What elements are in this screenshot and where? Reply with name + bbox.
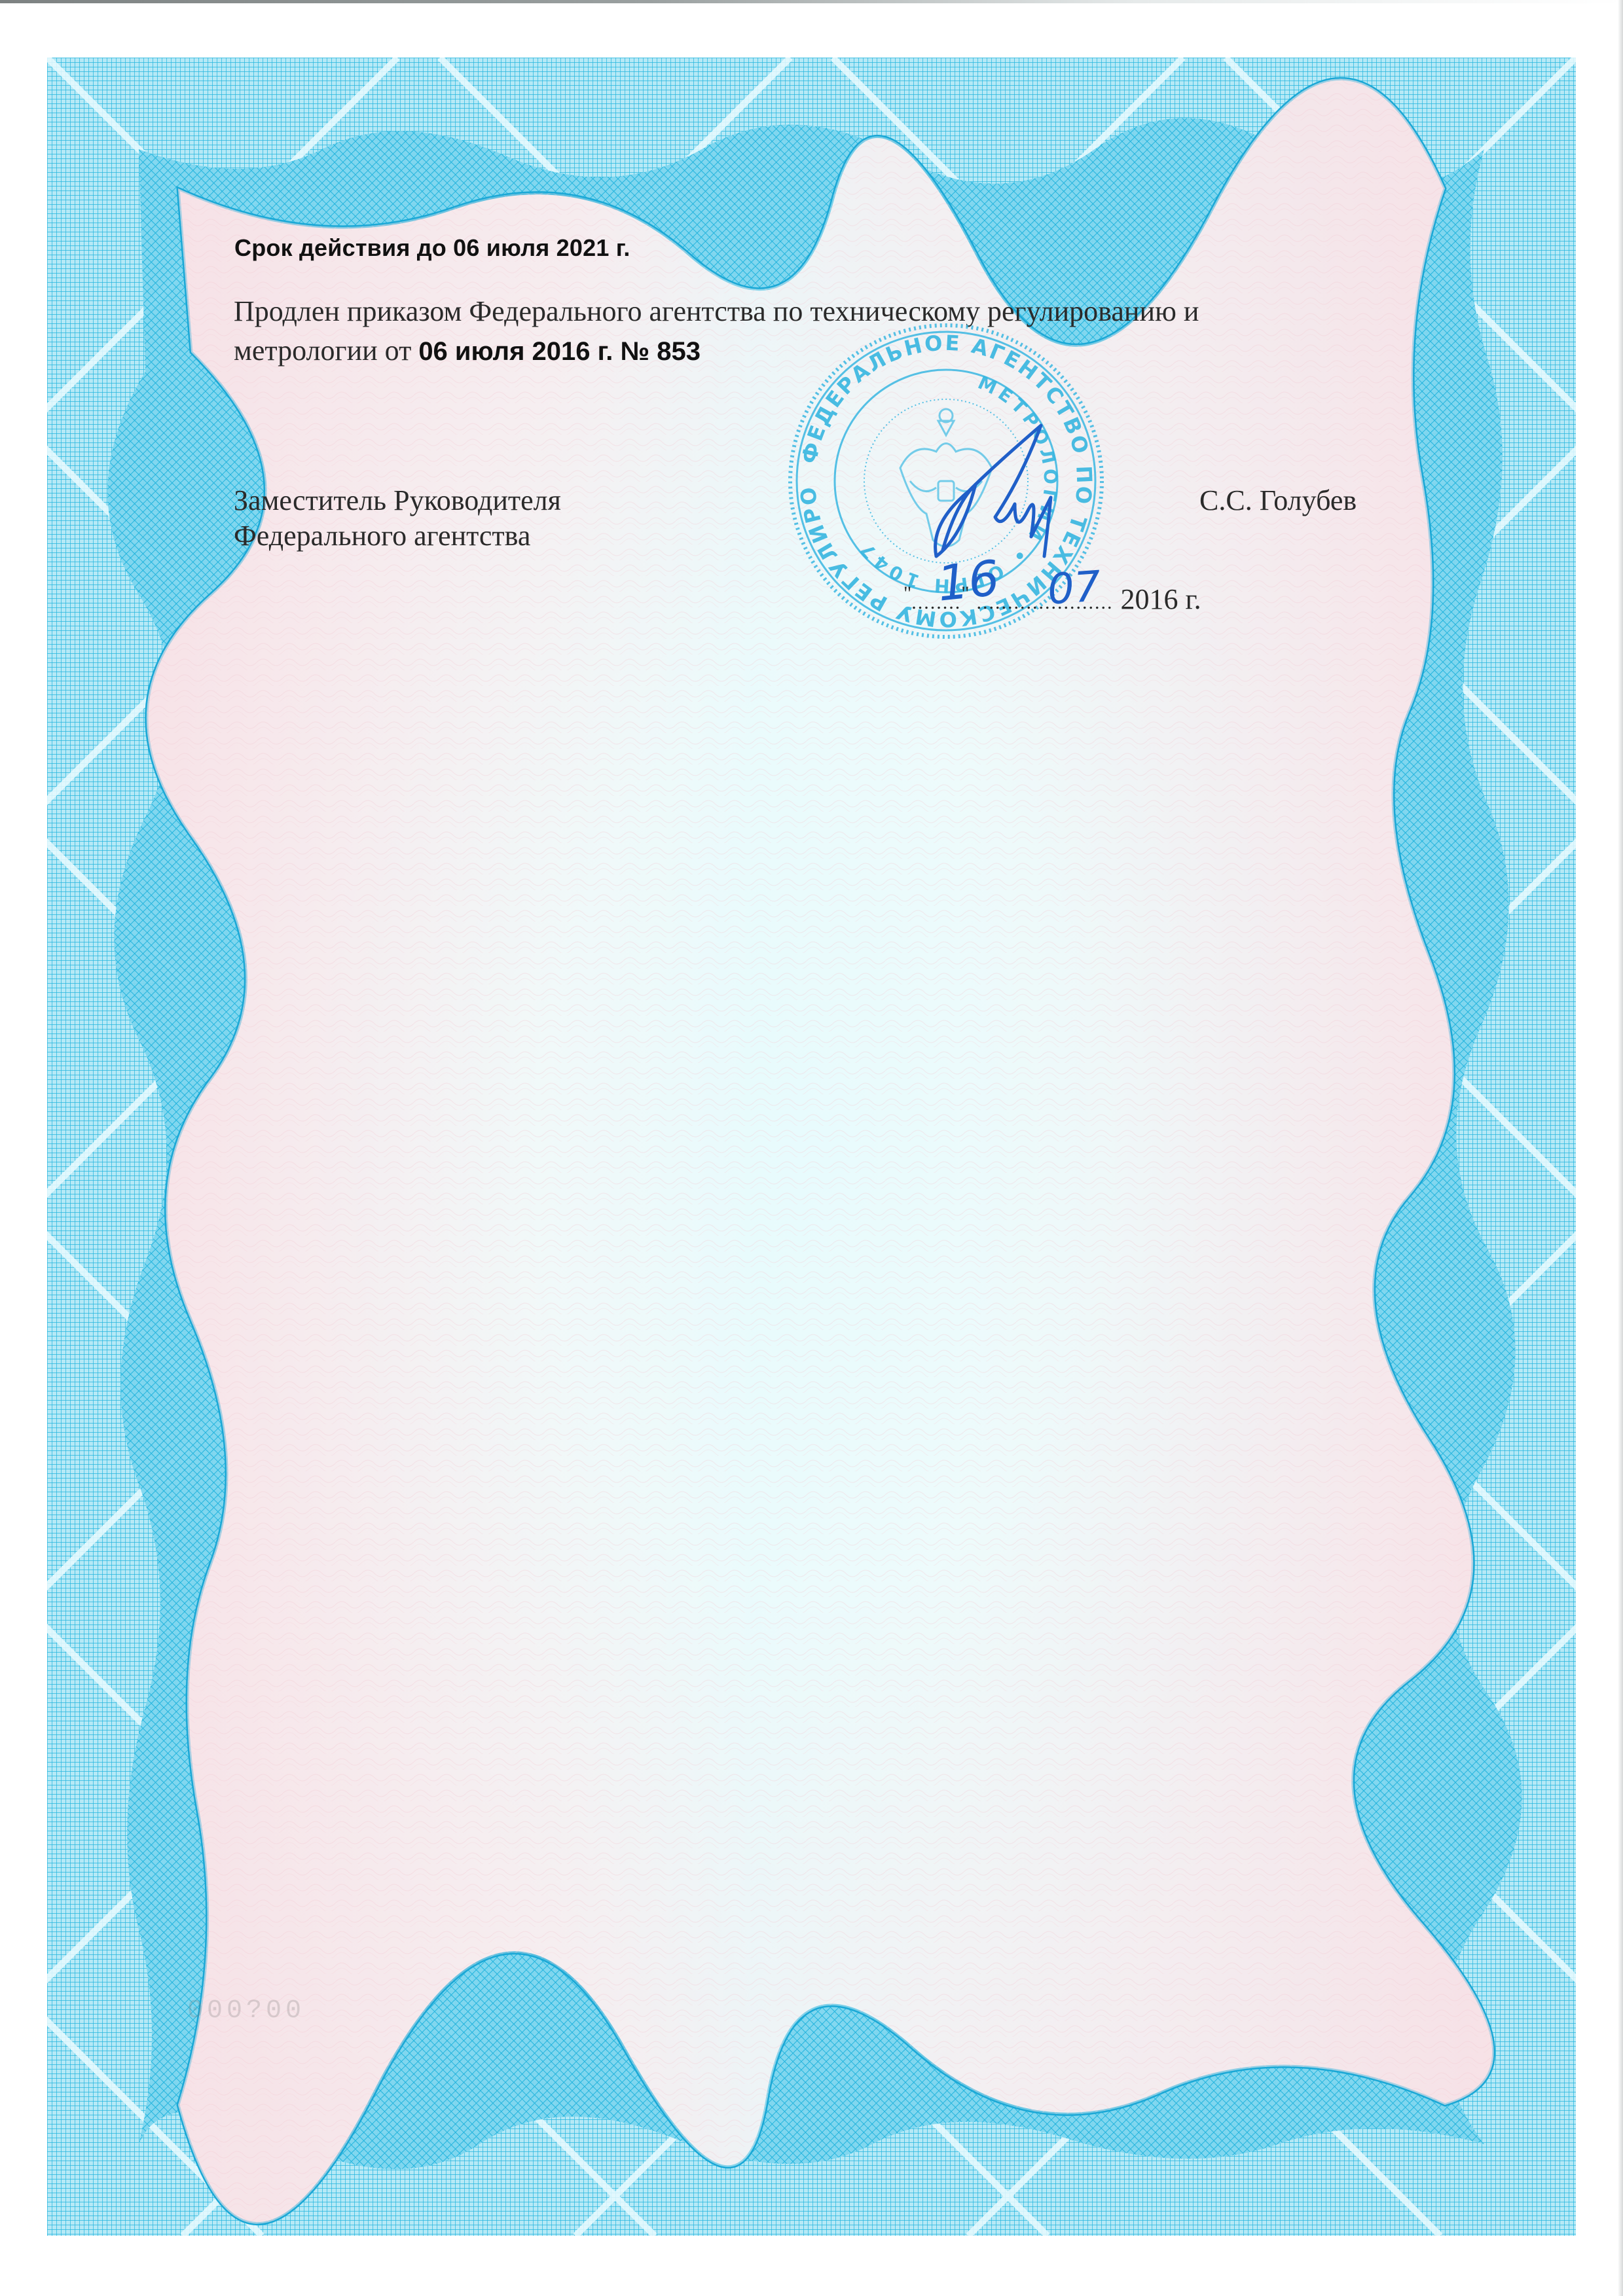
extension-line-2-prefix: метрологии от — [234, 334, 418, 367]
signatory-position-line-2: Федерального агентства — [234, 518, 561, 554]
handwritten-month: 07 — [1046, 562, 1103, 615]
signatory-name: С.С. Голубев — [1199, 483, 1357, 518]
validity-period: Срок действия до 06 июля 2021 г. — [234, 234, 630, 262]
signatory-position-line-1: Заместитель Руководителя — [234, 483, 561, 518]
date-open-quote: " — [903, 583, 911, 604]
signing-year: 2016 г. — [1121, 583, 1201, 615]
faint-serial-mark: 000?00 — [187, 1996, 305, 2026]
order-date-number: 06 июля 2016 г. № 853 — [418, 337, 701, 366]
signatory-position: Заместитель Руководителя Федерального аг… — [234, 483, 561, 554]
handwritten-day: 16 — [935, 550, 1002, 612]
certificate-content: Срок действия до 06 июля 2021 г. Продлен… — [0, 0, 1623, 2296]
